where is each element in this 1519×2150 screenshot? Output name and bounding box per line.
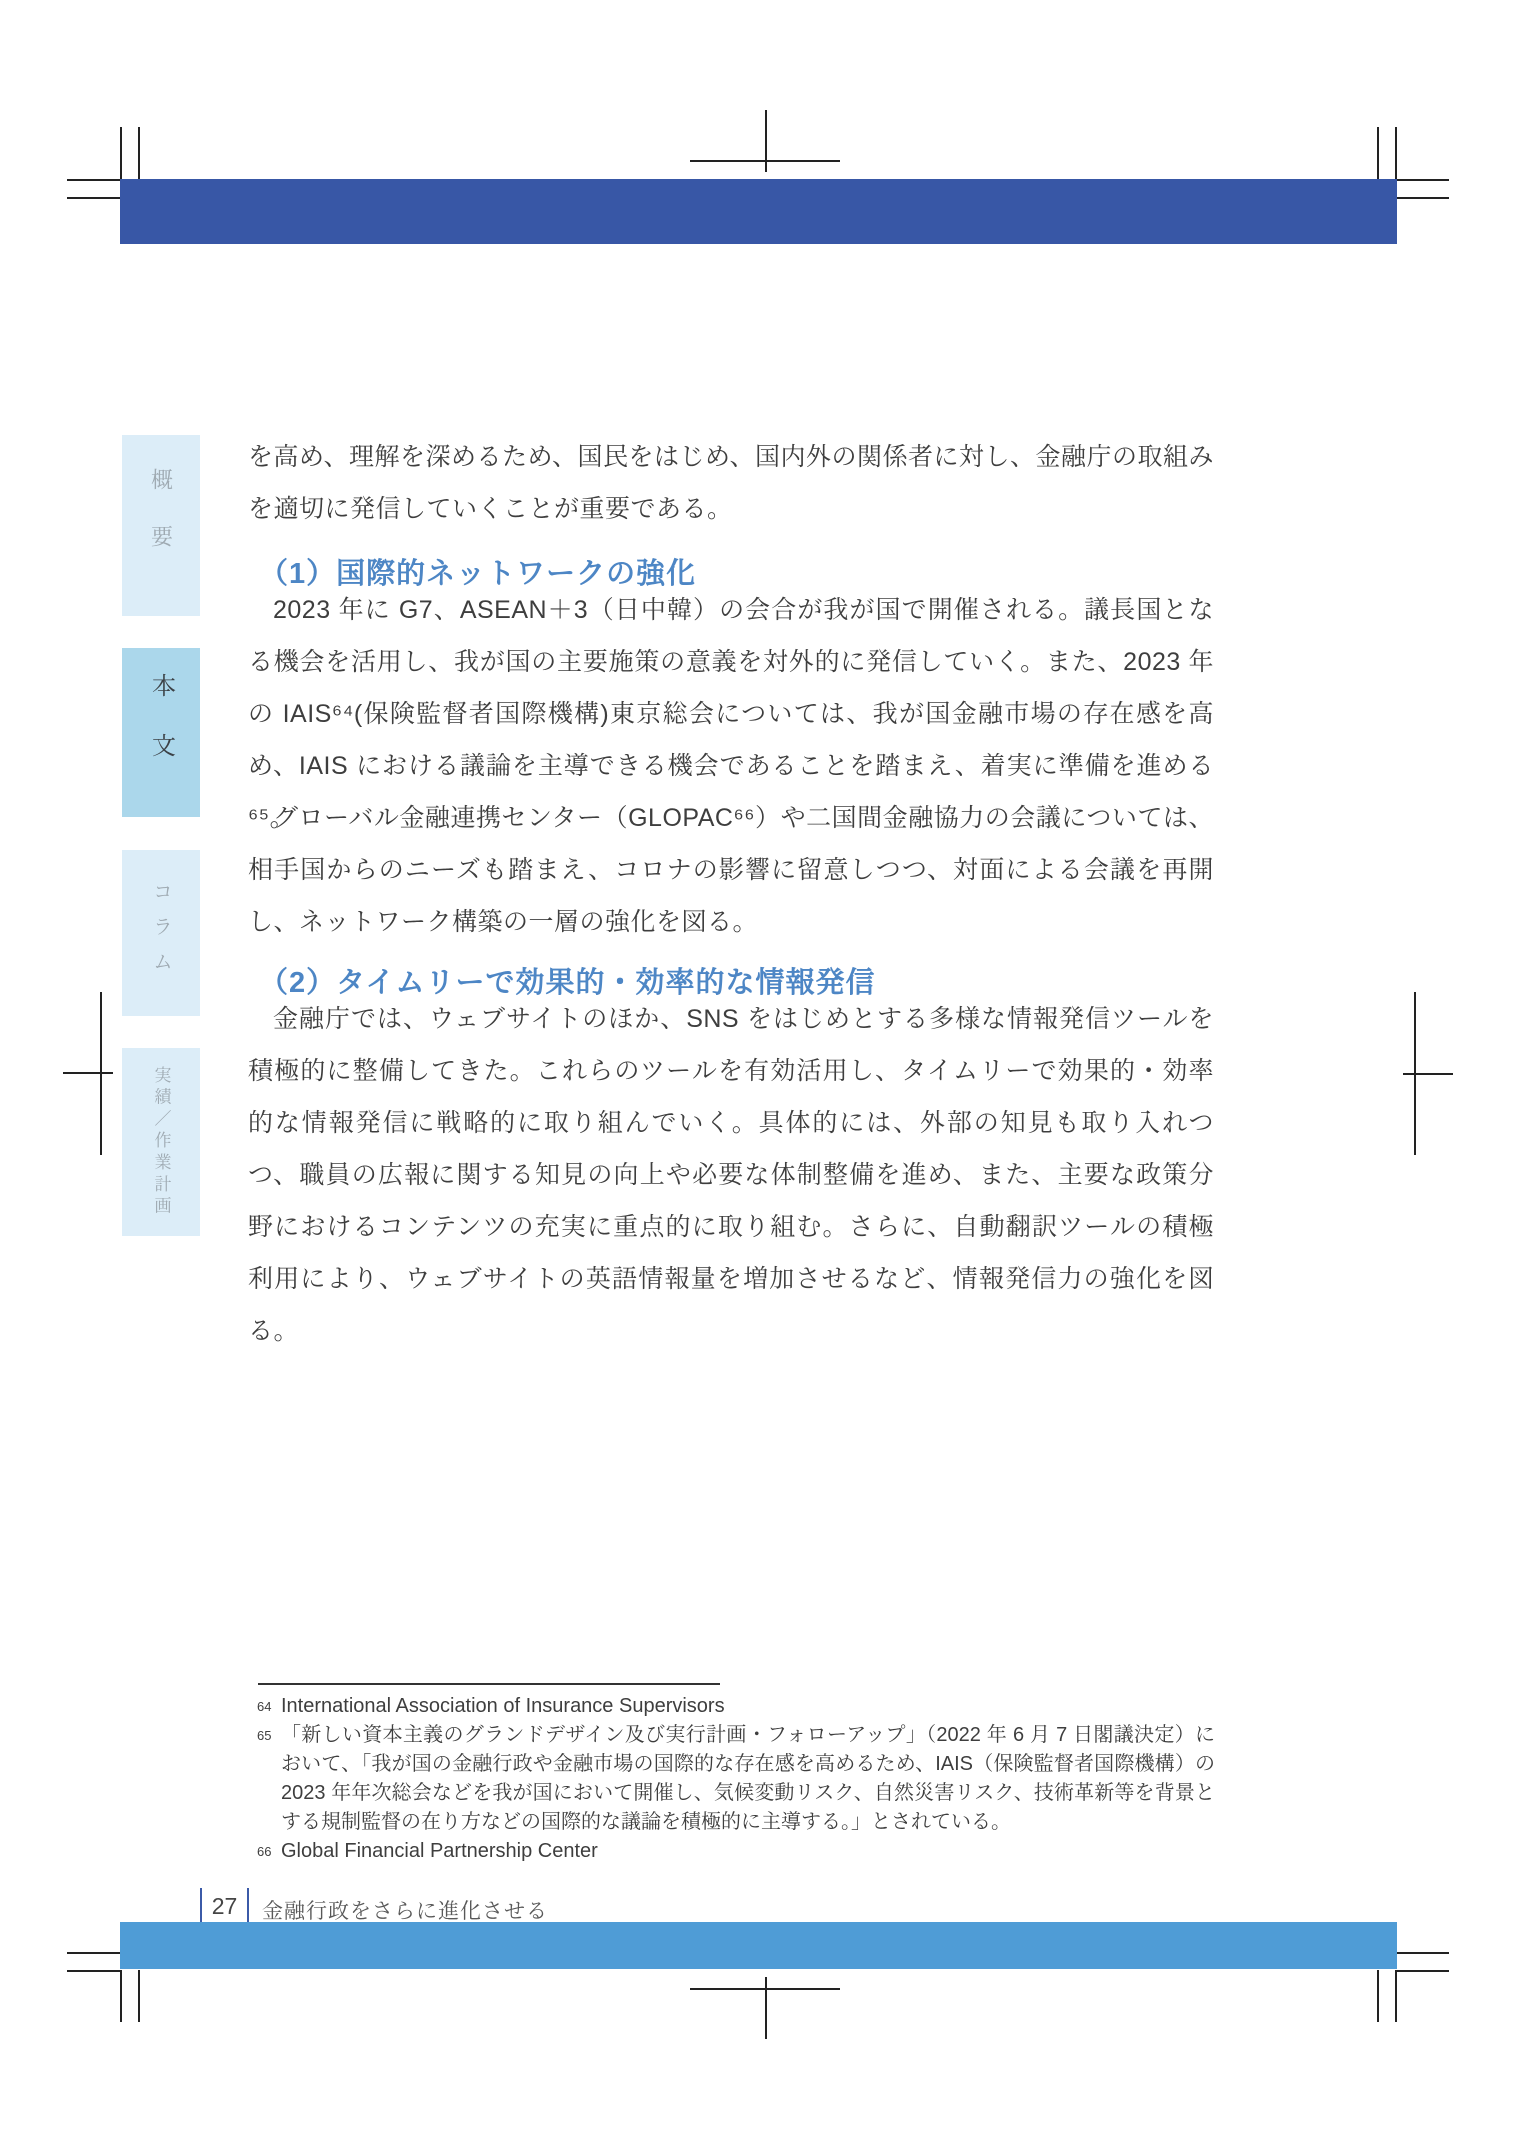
crop-mark: [1397, 197, 1449, 199]
footnote-64: 64 International Association of Insuranc…: [257, 1692, 1215, 1721]
footnote-65: 65 「新しい資本主義のグランドデザイン及び実行計画・フォローアップ」（2022…: [257, 1721, 1215, 1837]
crop-mark: [1397, 1952, 1449, 1954]
crop-mark: [1395, 127, 1397, 179]
crop-mark: [1397, 1970, 1449, 1972]
footnote-divider: [258, 1683, 720, 1685]
sidebar-tab-column: コラム: [122, 850, 200, 1016]
crop-mark: [120, 127, 122, 179]
crop-mark: [690, 1988, 840, 1990]
crop-mark: [67, 197, 120, 199]
crop-mark: [690, 160, 840, 162]
footer-running-title: 金融行政をさらに進化させる: [262, 1895, 548, 1925]
footnote-number: 65: [257, 1721, 281, 1837]
crop-mark: [67, 179, 120, 181]
crop-mark: [765, 110, 767, 172]
crop-mark: [67, 1970, 120, 1972]
sidebar-tab-overview: 概要: [122, 435, 200, 616]
document-page: 概要 本文 コラム 実績／作業計画 を高め、理解を深めるため、国民をはじめ、国内…: [0, 0, 1519, 2150]
sidebar-tab-results-workplan: 実績／作業計画: [122, 1048, 200, 1236]
crop-mark: [63, 1072, 113, 1074]
sidebar-tab-main-text: 本文: [122, 648, 200, 817]
crop-mark: [1395, 1970, 1397, 2022]
page-number: 27: [202, 1893, 247, 1920]
crop-mark: [1403, 1073, 1453, 1075]
footnotes: 64 International Association of Insuranc…: [257, 1692, 1215, 1866]
crop-mark: [120, 1970, 122, 2022]
crop-mark: [138, 127, 140, 179]
crop-mark: [67, 1952, 120, 1954]
footnote-number: 66: [257, 1837, 281, 1866]
crop-mark: [1397, 179, 1449, 181]
section1-paragraph2: グローバル金融連携センター（GLOPAC⁶⁶）や二国間金融協力の会議については、…: [248, 792, 1214, 948]
crop-mark: [1377, 127, 1379, 179]
footer-bar: [120, 1922, 1397, 1969]
section2-paragraph1: 金融庁では、ウェブサイトのほか、SNS をはじめとする多様な情報発信ツールを積極…: [248, 993, 1214, 1357]
crop-mark: [1377, 1970, 1379, 2022]
footnote-text: 「新しい資本主義のグランドデザイン及び実行計画・フォローアップ」（2022 年 …: [281, 1721, 1215, 1837]
footnote-text: International Association of Insurance S…: [281, 1692, 1215, 1721]
crop-mark: [138, 1970, 140, 2022]
footnote-text: Global Financial Partnership Center: [281, 1837, 1215, 1866]
header-bar: [120, 179, 1397, 244]
footnote-66: 66 Global Financial Partnership Center: [257, 1837, 1215, 1866]
footnote-number: 64: [257, 1692, 281, 1721]
crop-mark: [765, 1977, 767, 2039]
intro-paragraph: を高め、理解を深めるため、国民をはじめ、国内外の関係者に対し、金融庁の取組みを適…: [248, 431, 1214, 535]
